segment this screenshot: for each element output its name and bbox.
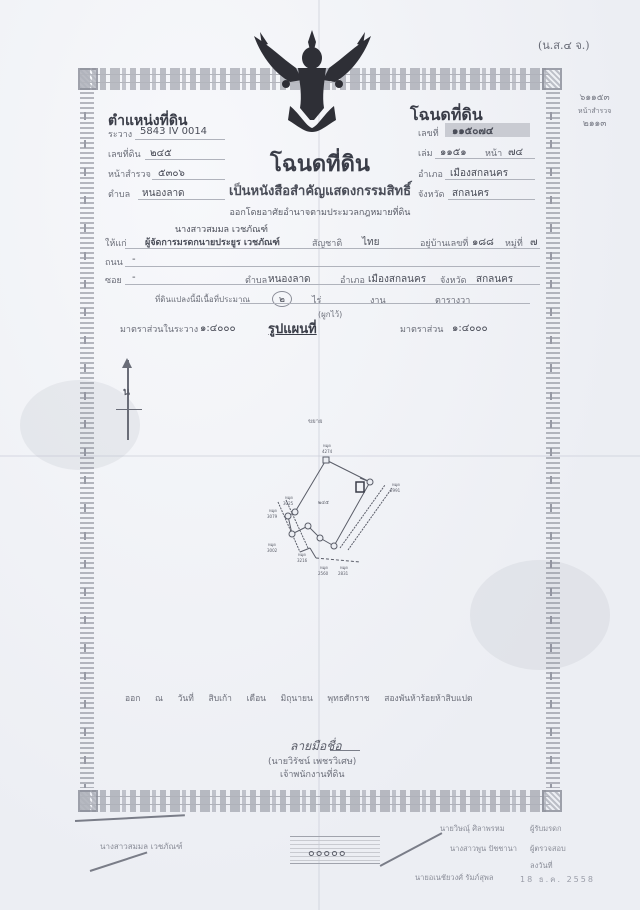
area-rai-value: ๒ <box>272 291 292 307</box>
form-code: (น.ส.๔ จ.) <box>538 36 590 54</box>
map-area-label: ขยาย <box>308 416 323 426</box>
footer-right-line: นายวิษณุ์ ศิลาพรหม <box>440 823 505 835</box>
ornate-border-bottom <box>80 790 550 812</box>
pin-id: 3025 <box>283 501 294 506</box>
signature-line <box>330 750 360 751</box>
wa-label: ตารางวา <box>435 293 470 307</box>
soi-value: - <box>132 272 136 283</box>
owner-name: นางสาวสมมล เวชภัณฑ์ <box>175 222 268 236</box>
field-label: ซอย <box>105 273 122 287</box>
corner-ornament-icon <box>78 790 98 812</box>
footer-right-line: นางสาวพูน ปัชชานา <box>450 843 517 855</box>
pin-id: 3002 <box>267 548 278 553</box>
area-label: ที่ดินแปลงนี้มีเนื้อที่ประมาณ <box>155 293 250 306</box>
rai-label: ไร่ <box>312 293 321 307</box>
land-title-deed: (น.ส.๔ จ.) ๖๑๑๕๓ หน้าสำรวจ ๒๑๑๓ ตำแหน่งท… <box>0 0 640 910</box>
corner-ornament-icon <box>542 68 562 90</box>
drawing-scale-label: มาตราส่วน <box>400 322 443 336</box>
footer-right-label: ผู้รับมรดก <box>530 823 562 835</box>
underline <box>135 139 225 140</box>
underline <box>125 284 540 285</box>
map-drawing-title: รูปแผนที่ <box>268 318 317 339</box>
field-label: ระวาง <box>108 127 132 141</box>
ngan-label: งาน <box>370 293 386 307</box>
pin-id: 3216 <box>297 558 308 563</box>
drawing-scale-value: ๑:๔๐๐๐ <box>452 321 488 336</box>
pin-id: 2560 <box>318 571 329 576</box>
deed-number-value: ๑๑๕๐๗๔ <box>452 124 493 139</box>
pen-stroke <box>380 832 443 866</box>
parcel-map: หมุด 4274 หมุด 3025 หมุด 3079 หมุด 3002 … <box>220 430 420 580</box>
footer-left-note: นางสาวสมมล เวชภัณฑ์ <box>100 840 183 853</box>
pen-stroke <box>75 814 185 821</box>
map-scale-label: มาตราส่วนในระวาง <box>120 322 198 336</box>
given-to-label: ให้แก่ <box>105 236 127 250</box>
pin-id: 2991 <box>390 488 401 493</box>
pin-id: 4274 <box>322 449 333 454</box>
paper-smudge <box>470 560 610 670</box>
margin-note: ๖๑๑๕๓ หน้าสำรวจ ๒๑๑๓ <box>578 92 611 131</box>
drawing-note: (ผูกไว้) <box>318 308 342 321</box>
official-title: เจ้าพนักงานที่ดิน <box>280 767 344 781</box>
margin-note-line: หน้าสำรวจ <box>578 105 611 118</box>
north-line <box>127 360 129 440</box>
north-crossbar <box>116 409 142 410</box>
north-label: น <box>123 385 130 400</box>
field-label: เลขที่ <box>418 126 439 140</box>
margin-note-line: ๒๑๑๓ <box>578 118 611 131</box>
owner-capacity: ผู้จัดการมรดกนายประยูร เวชภัณฑ์ <box>145 235 280 249</box>
footer-right-line: นายอเนชัยวงศ์ รัมภ์สุพล <box>415 872 493 884</box>
issue-date-text: ออก ณ วันที่ สิบเก้า เดือน มิถุนายน พุทธ… <box>125 691 473 705</box>
parcel-number: ๒๔๕ <box>318 500 329 506</box>
map-sheet-value: 5843 IV 0014 <box>140 126 207 137</box>
footer-date: 18 ธ.ค. 2558 <box>520 873 595 886</box>
corner-ornament-icon <box>78 68 98 90</box>
map-scale-value: ๑:๔๐๐๐ <box>200 321 236 336</box>
document-title: โฉนดที่ดิน <box>0 146 640 181</box>
road-value: - <box>132 254 136 265</box>
underline <box>125 248 540 249</box>
footer-right-label: ผู้ตรวจสอบ <box>530 843 566 855</box>
official-name: (นายวิรัชน์ เพชรวิเศษ) <box>268 754 356 768</box>
footer-right-label: ลงวันที่ <box>530 860 553 872</box>
corner-ornament-icon <box>542 790 562 812</box>
pin-id: 3079 <box>267 514 278 519</box>
issuing-authority: ออกโดยอาศัยอำนาจตามประมวลกฎหมายที่ดิน <box>0 205 640 219</box>
garuda-emblem-icon <box>250 28 375 133</box>
stamp-text: ๐๐๐๐๐ <box>308 843 347 861</box>
document-subtitle: เป็นหนังสือสำคัญแสดงกรรมสิทธิ์ <box>0 180 640 201</box>
field-label: ถนน <box>105 255 123 269</box>
pin-id: 2831 <box>338 571 349 576</box>
stamp-box: ๐๐๐๐๐ <box>290 836 380 864</box>
underline <box>240 303 530 304</box>
pen-signature <box>90 852 148 872</box>
underline <box>125 266 540 267</box>
margin-note-line: ๖๑๑๕๓ <box>578 92 611 105</box>
